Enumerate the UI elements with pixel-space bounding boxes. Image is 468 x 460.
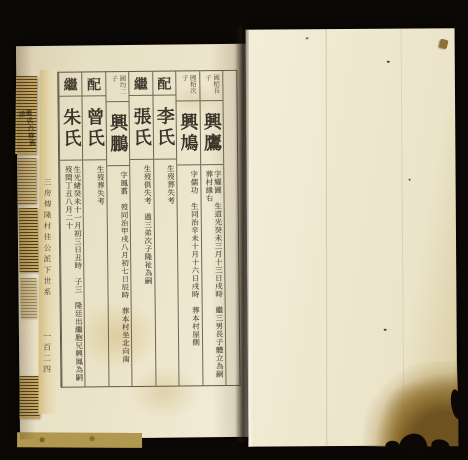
curved-column-sliver [222, 71, 239, 385]
paper-speck [306, 37, 309, 39]
relation-note: 國栢次子 [176, 71, 199, 101]
leaf-number: 一百二四 [43, 332, 52, 376]
person-column-7: 繼 朱氏 生光緒癸未十一月初三日丑時 子三 隆廷出繼胞兄興鳳為嗣 歿閏丁丑八月二… [58, 73, 85, 387]
person-column-3: 配 李氏 生歿葬失考 [152, 72, 179, 386]
person-details: 字耀圃 生道光癸未三月十三日戌時 繼三男長子體立為嗣 葬村緣右 [201, 165, 226, 385]
page-edge-stack [19, 376, 39, 418]
person-name: 朱氏 [60, 97, 83, 161]
genealogy-grid: 國栢長子 興鷹 字耀圃 生道光癸未三月十三日戌時 繼三男長子體立為嗣 葬村緣右 … [57, 70, 240, 388]
person-details: 生歿葬失考 [84, 160, 109, 386]
person-details: 生光緒癸未十一月初三日丑時 子三 隆廷出繼胞兄興鳳為嗣 歿閏丁丑八月二十 [60, 161, 85, 387]
paper-crease [326, 29, 328, 446]
person-name: 興鷹 [200, 101, 223, 165]
person-details: 生歿俱失考 過三弟次子隆祉為嗣 [130, 160, 155, 386]
paper-speck [409, 179, 411, 181]
person-column-2: 國栢次子 興鳩 字儒功 生同治辛未十月十六日戌時 葬本村屋側 [175, 71, 202, 385]
bottom-page-edge [17, 432, 142, 448]
blank-right-page [246, 28, 458, 446]
torn-notch [385, 441, 399, 451]
paper-speck [387, 61, 390, 63]
person-column-4: 繼 張氏 生歿俱失考 過三弟次子隆祉為嗣 [129, 72, 156, 386]
person-details: 生歿葬失考 [154, 160, 179, 386]
relation-label: 配 [153, 72, 176, 96]
genealogy-left-page: 蕭氏六修族譜 三房傳隆村佳公派下世系 一百二四 國栢長子 興鷹 字耀圃 生道光癸… [16, 44, 250, 439]
person-name: 興鵬 [106, 102, 129, 166]
person-details: 字儒功 生同治辛未十月十六日戌時 葬本村屋側 [177, 165, 202, 385]
person-name: 興鳩 [177, 101, 200, 165]
page-edge-stack [20, 278, 36, 318]
section-title: 三房傳隆村佳公派下世系 [43, 178, 52, 299]
person-name: 張氏 [130, 96, 153, 160]
relation-note: 國栢長子 [200, 71, 223, 101]
paper-speck [384, 329, 387, 331]
person-column-5: 國均二子 興鵬 字鳳翥 歿同治甲戌八月初七日辰時 葬本村坐北向南 [105, 72, 132, 386]
page-edge-stack [17, 158, 36, 204]
person-column-6: 配 曾氏 生歿葬失考 [82, 72, 109, 386]
person-details: 字鳳翥 歿同治甲戌八月初七日辰時 葬本村坐北向南 [107, 166, 132, 386]
person-name: 李氏 [153, 96, 176, 160]
page-edge-stack: 蕭氏六修族譜 [15, 76, 37, 154]
relation-label: 繼 [59, 73, 82, 97]
relation-label: 繼 [130, 72, 153, 96]
fold-title-strip: 三房傳隆村佳公派下世系 一百二四 [38, 70, 56, 414]
person-column-1: 國栢長子 興鷹 字耀圃 生道光癸未三月十三日戌時 繼三男長子體立為嗣 葬村緣右 [199, 71, 226, 385]
corner-fold-mark [439, 39, 449, 50]
photo-backdrop: 蕭氏六修族譜 三房傳隆村佳公派下世系 一百二四 國栢長子 興鷹 字耀圃 生道光癸… [0, 0, 468, 460]
page-edge-stack [18, 208, 38, 272]
person-name: 曾氏 [83, 96, 106, 160]
torn-notch [431, 439, 449, 451]
book-title-on-edge: 蕭氏六修族譜 [17, 109, 36, 154]
relation-label: 配 [83, 72, 106, 96]
relation-note: 國均二子 [106, 72, 129, 102]
